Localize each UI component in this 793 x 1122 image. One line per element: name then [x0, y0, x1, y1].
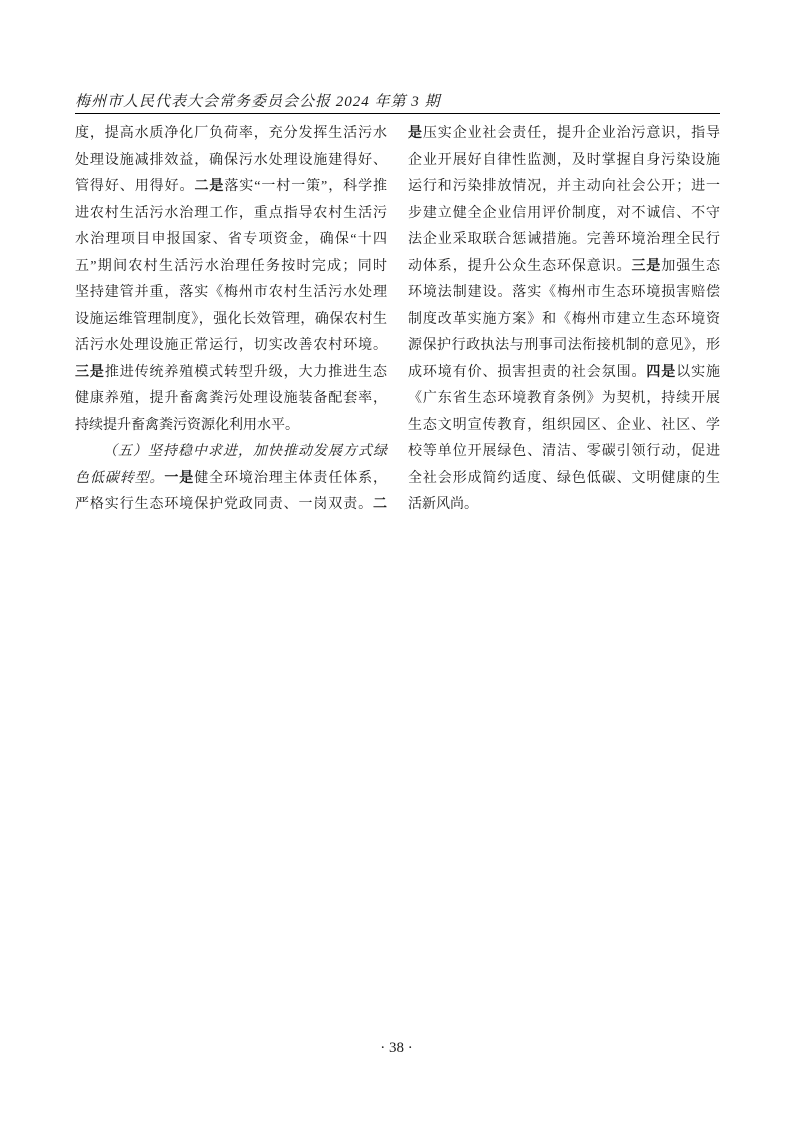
text-line: 源保护行政执法与刑事司法衔接机制的意见》，形: [408, 333, 720, 360]
text-line: 《广东省生态环境教育条例》为契机，持续开展: [408, 386, 720, 413]
text-segment: 环境法制建设。落实《梅州市生态环境损害赔偿: [408, 285, 720, 300]
text-column-right: 是压实企业社会责任，提升企业治污意识，指导企业开展好自律性监测，及时掌握自身污染…: [408, 121, 720, 519]
text-line: 步建立健全企业信用评价制度，对不诚信、不守: [408, 201, 720, 228]
text-segment: 管得好、用得好。: [75, 179, 194, 194]
text-segment: 加强生态: [661, 259, 720, 274]
text-segment: 动体系，提升公众生态环保意识。: [408, 259, 632, 274]
text-segment: 设施运维管理制度》，强化长效管理，确保农村生: [75, 312, 387, 327]
text-segment: 处理设施减排效益，确保污水处理设施建得好、: [75, 153, 387, 168]
text-segment: 推进传统养殖模式转型升级，大力推进生态: [105, 365, 387, 380]
text-line: 活污水处理设施正常运行，切实改善农村环境。: [75, 333, 387, 360]
text-segment: 色低碳转型。: [75, 471, 164, 486]
text-line: 运行和污染排放情况，并主动向社会公开；进一: [408, 174, 720, 201]
text-segment: 健康养殖，提升畜禽粪污处理设施装备配套率，: [75, 391, 387, 406]
text-segment: 运行和污染排放情况，并主动向社会公开；进一: [408, 179, 720, 194]
text-line: 五”期间农村生活污水治理任务按时完成；同时: [75, 254, 387, 281]
text-segment: 进农村生活污水治理工作，重点指导农村生活污: [75, 206, 387, 221]
text-line: 活新风尚。: [408, 492, 720, 519]
text-segment: 四是: [646, 365, 676, 380]
header-rule: [75, 113, 720, 114]
text-line: 企业开展好自律性监测，及时掌握自身污染设施: [408, 148, 720, 175]
text-segment: 持续提升畜禽粪污资源化利用水平。: [75, 418, 299, 433]
text-segment: 坚持建管并重，落实《梅州市农村生活污水处理: [75, 285, 387, 300]
text-segment: 水治理项目申报国家、省专项资金，确保“十四: [75, 232, 387, 247]
text-segment: 校等单位开展绿色、清洁、零碳引领行动，促进: [408, 444, 720, 459]
text-line: 校等单位开展绿色、清洁、零碳引领行动，促进: [408, 439, 720, 466]
text-line: 严格实行生态环境保护党政同责、一岗双责。二: [75, 492, 387, 519]
text-segment: 活新风尚。: [408, 497, 478, 512]
text-line: 处理设施减排效益，确保污水处理设施建得好、: [75, 148, 387, 175]
text-segment: 落实“一村一策”，科学推: [224, 179, 387, 194]
text-segment: 成环境有价、损害担责的社会氛围。: [408, 365, 646, 380]
text-segment: 活污水处理设施正常运行，切实改善农村环境。: [75, 338, 387, 353]
text-column-left: 度，提高水质净化厂负荷率，充分发挥生活污水处理设施减排效益，确保污水处理设施建得…: [75, 121, 387, 519]
text-line: 色低碳转型。一是健全环境治理主体责任体系，: [75, 466, 387, 493]
text-segment: 二是: [194, 179, 224, 194]
text-segment: 度，提高水质净化厂负荷率，充分发挥生活污水: [75, 126, 387, 141]
text-segment: 压实企业社会责任，提升企业治污意识，指导: [423, 126, 720, 141]
text-segment: 二: [373, 497, 387, 512]
text-line: 管得好、用得好。二是落实“一村一策”，科学推: [75, 174, 387, 201]
text-segment: 全社会形成简约适度、绿色低碳、文明健康的生: [408, 471, 720, 486]
text-segment: 三是: [632, 259, 662, 274]
text-segment: 制度改革实施方案》和《梅州市建立生态环境资: [408, 312, 720, 327]
text-segment: 健全环境治理主体责任体系，: [194, 471, 387, 486]
text-segment: 三是: [75, 365, 105, 380]
text-line: 成环境有价、损害担责的社会氛围。四是以实施: [408, 360, 720, 387]
text-line: 生态文明宣传教育，组织园区、企业、社区、学: [408, 413, 720, 440]
text-line: 是压实企业社会责任，提升企业治污意识，指导: [408, 121, 720, 148]
text-line: 坚持建管并重，落实《梅州市农村生活污水处理: [75, 280, 387, 307]
text-segment: 是: [408, 126, 423, 141]
text-line: 度，提高水质净化厂负荷率，充分发挥生活污水: [75, 121, 387, 148]
text-segment: 企业开展好自律性监测，及时掌握自身污染设施: [408, 153, 720, 168]
text-segment: 步建立健全企业信用评价制度，对不诚信、不守: [408, 206, 720, 221]
text-segment: 法企业采取联合惩诫措施。完善环境治理全民行: [408, 232, 720, 247]
text-line: 设施运维管理制度》，强化长效管理，确保农村生: [75, 307, 387, 334]
page-number: · 38 ·: [0, 1040, 793, 1057]
text-line: 三是推进传统养殖模式转型升级，大力推进生态: [75, 360, 387, 387]
running-header: 梅州市人民代表大会常务委员会公报 2024 年第 3 期: [75, 90, 720, 111]
text-segment: 五”期间农村生活污水治理任务按时完成；同时: [75, 259, 387, 274]
text-segment: 生态文明宣传教育，组织园区、企业、社区、学: [408, 418, 720, 433]
text-line: （五）坚持稳中求进，加快推动发展方式绿: [75, 439, 387, 466]
text-line: 制度改革实施方案》和《梅州市建立生态环境资: [408, 307, 720, 334]
text-segment: （五）坚持稳中求进，加快推动发展方式绿: [103, 444, 387, 459]
text-line: 法企业采取联合惩诫措施。完善环境治理全民行: [408, 227, 720, 254]
text-line: 健康养殖，提升畜禽粪污处理设施装备配套率，: [75, 386, 387, 413]
text-line: 进农村生活污水治理工作，重点指导农村生活污: [75, 201, 387, 228]
text-line: 全社会形成简约适度、绿色低碳、文明健康的生: [408, 466, 720, 493]
text-line: 动体系，提升公众生态环保意识。三是加强生态: [408, 254, 720, 281]
text-segment: 一是: [164, 471, 194, 486]
text-line: 环境法制建设。落实《梅州市生态环境损害赔偿: [408, 280, 720, 307]
text-segment: 以实施: [676, 365, 720, 380]
text-segment: 严格实行生态环境保护党政同责、一岗双责。: [75, 497, 373, 512]
text-segment: 《广东省生态环境教育条例》为契机，持续开展: [408, 391, 720, 406]
text-line: 持续提升畜禽粪污资源化利用水平。: [75, 413, 387, 440]
document-page: 梅州市人民代表大会常务委员会公报 2024 年第 3 期 度，提高水质净化厂负荷…: [0, 0, 793, 1122]
text-segment: 源保护行政执法与刑事司法衔接机制的意见》，形: [408, 338, 720, 353]
text-line: 水治理项目申报国家、省专项资金，确保“十四: [75, 227, 387, 254]
